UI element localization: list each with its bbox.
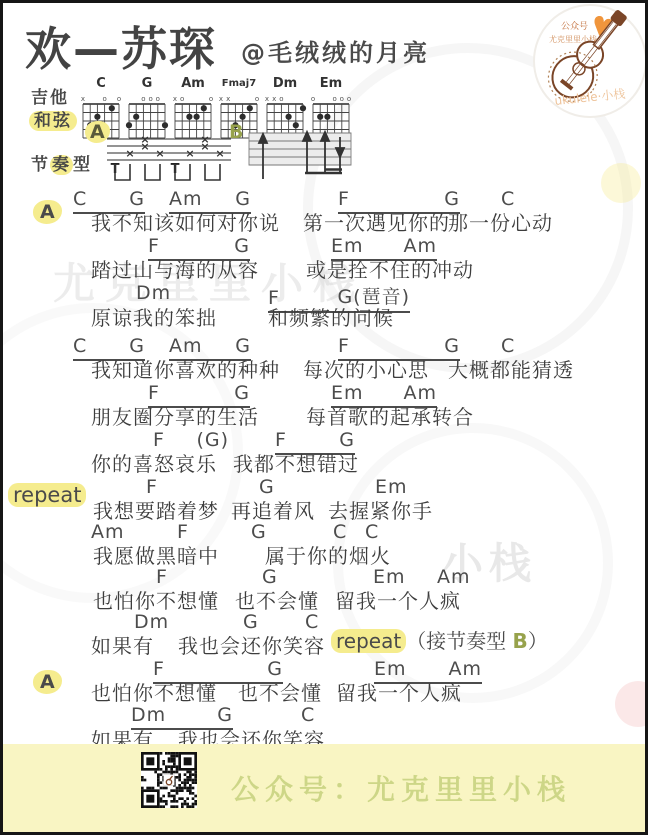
lyric-segment: 留我一个人疯 <box>335 585 461 614</box>
lyric-segment: 我也会还你笑容 <box>178 630 325 659</box>
lyric-segment: 每首歌的起承转合 <box>306 401 474 430</box>
lyric-segment: 我都不想错过 <box>233 448 359 477</box>
lyric-segment: 原谅我的笨拙 <box>91 302 217 331</box>
lyric-segment: 我愿做黑暗中 <box>93 540 219 569</box>
lyric-segment: 留我一个人疯 <box>336 677 462 706</box>
lyric-segment: 属于你的烟火 <box>265 540 391 569</box>
lyric-segment: 或是拴不住的冲动 <box>306 254 474 283</box>
repeat-note-text: （接节奏型 <box>406 629 512 653</box>
chord-sheet-page: 尤克里里小栈 小栈 欢—苏琛 @毛绒绒的月亮 公众号 尤克里里小栈 ♥ ukul… <box>0 0 648 835</box>
chord: C <box>73 188 87 210</box>
marker-text: A <box>33 670 62 694</box>
repeat-note-text: ） <box>528 629 548 653</box>
lyric-segment: 每次的小心思 <box>303 354 429 383</box>
lyric-segment: 如果有 <box>91 630 154 659</box>
chord: C <box>301 704 315 726</box>
qr-pattern <box>141 752 197 808</box>
lyric-segment: 我知道你喜欢的种种 <box>91 354 280 383</box>
chord-group: Dm <box>136 282 174 304</box>
lyric-segment: 那一份心动 <box>448 207 553 236</box>
qr-code <box>141 752 197 808</box>
song-body: CGAmGFGC我不知该如何对你说第一次遇见你的那一份心动FGEmAm踏过山与海… <box>3 3 648 835</box>
lyric-segment: 朋友圈分享的生活 <box>91 401 259 430</box>
footer-band: 公众号：尤克里里小栈 <box>3 744 645 832</box>
lyric-segment: 你的喜怒哀乐 <box>91 448 217 477</box>
chord: Dm <box>131 704 166 726</box>
lyric-segment: 再追着风 <box>231 495 315 524</box>
section-a-marker: A <box>33 201 62 223</box>
lyric-segment: 我想要踏着梦 <box>93 495 219 524</box>
repeat-note: repeat（接节奏型 B） <box>331 625 548 654</box>
chord-group: C <box>301 704 318 726</box>
marker-text: repeat <box>8 483 86 507</box>
repeat-marker: repeat <box>8 483 86 507</box>
lyric-segment: 第一次遇见你的 <box>303 207 450 236</box>
marker-text: A <box>33 200 62 224</box>
lyric-segment: 也怕你不想懂 <box>91 677 217 706</box>
repeat-note-keyword: repeat <box>331 629 406 653</box>
footer-account-text: 公众号：尤克里里小栈 <box>231 768 571 808</box>
lyric-segment: 我不知该如何对你说 <box>91 207 280 236</box>
chord: G <box>217 704 233 726</box>
lyric-segment: 也不会懂 <box>235 585 319 614</box>
section-a-marker: A <box>33 671 62 693</box>
lyric-segment: 大概都能猜透 <box>448 354 574 383</box>
lyric-segment: 去握紧你手 <box>328 495 433 524</box>
chord: C <box>73 335 87 357</box>
lyric-segment: 也怕你不想懂 <box>93 585 219 614</box>
lyric-segment: 和频繁的问候 <box>268 302 394 331</box>
chord: Dm <box>136 282 171 304</box>
lyric-segment: 踏过山与海的从容 <box>91 254 259 283</box>
repeat-note-pattern-b: B <box>513 629 528 653</box>
lyric-segment: 也不会懂 <box>238 677 322 706</box>
